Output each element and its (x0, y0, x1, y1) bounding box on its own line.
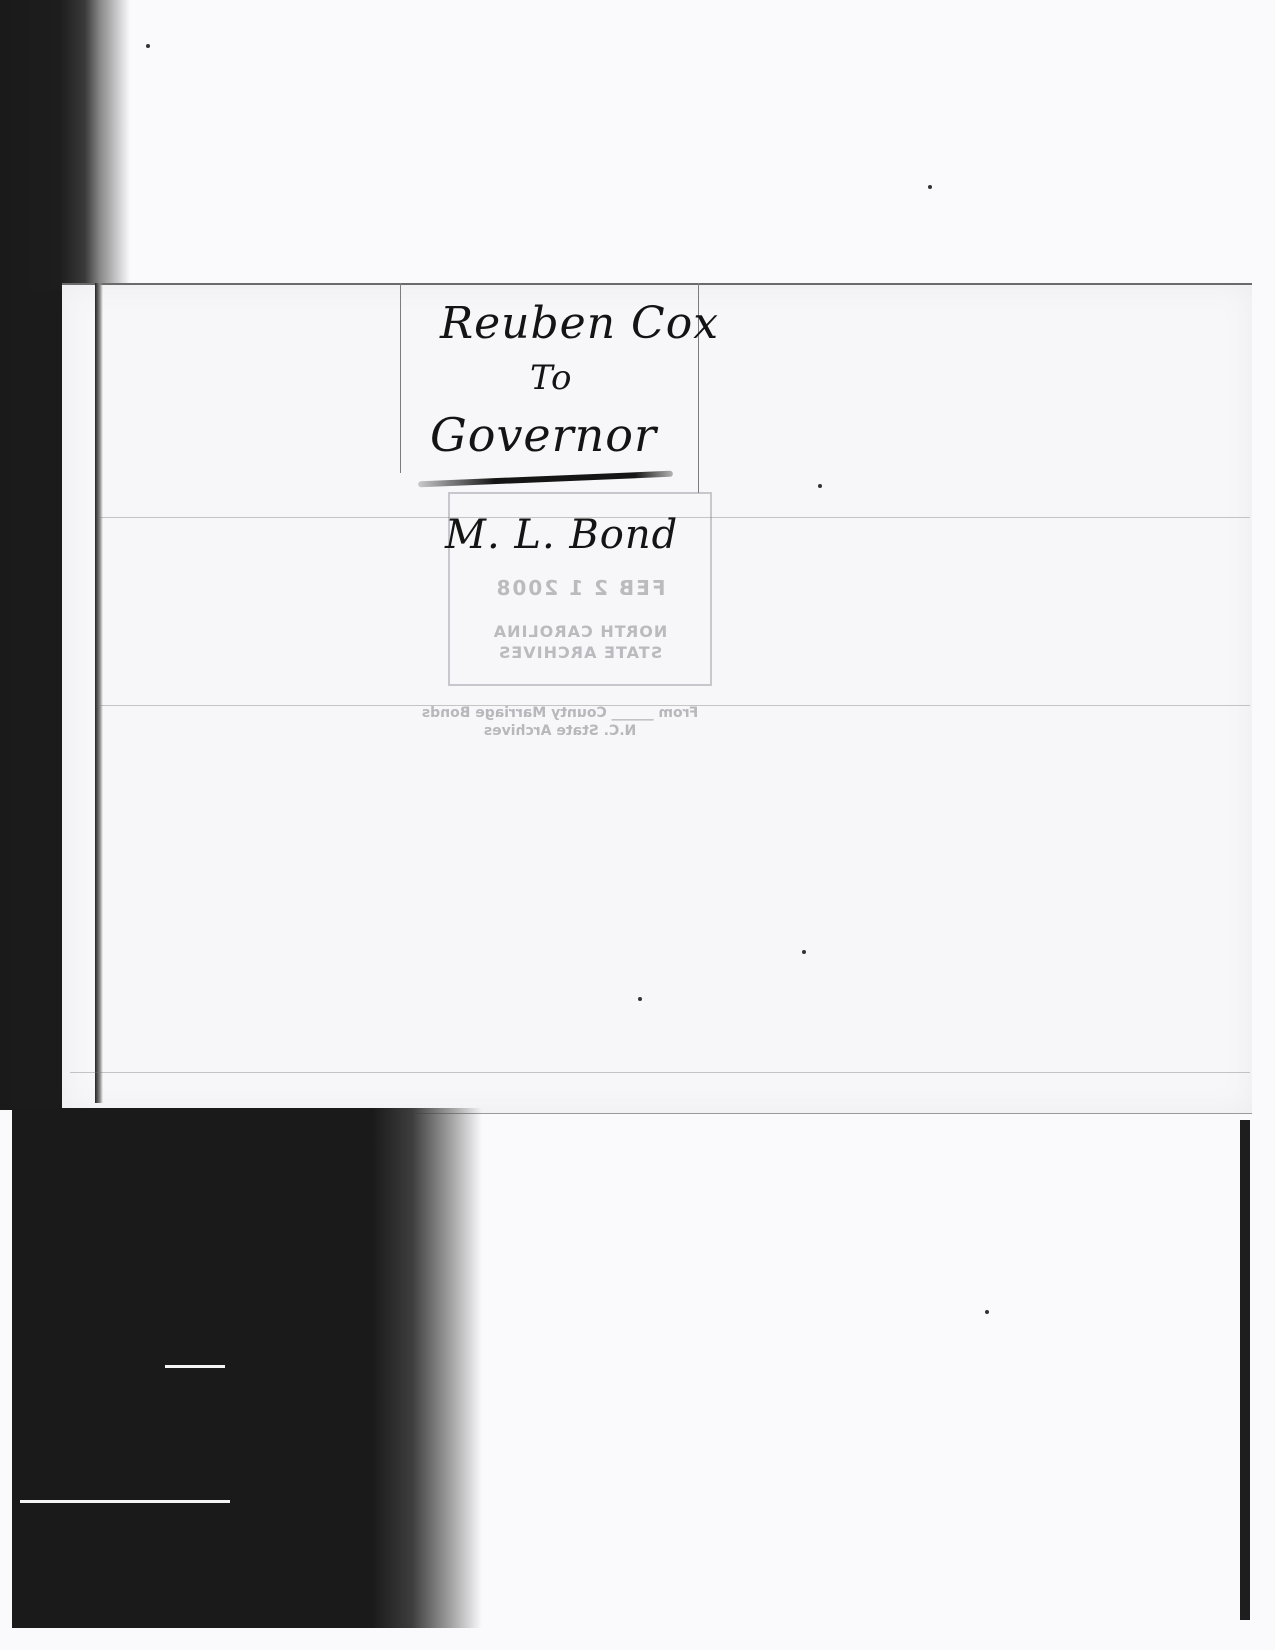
scan-shadow-right-edge (1240, 1120, 1250, 1620)
stamp-date: FEB 2 1 2008 (450, 576, 710, 600)
scan-shadow-bottom-left (12, 1108, 482, 1628)
caption-line-2: N.C. State Archives (310, 722, 810, 740)
scanned-page: FEB 2 1 2008 NORTH CAROLINA STATE ARCHIV… (0, 0, 1275, 1650)
docket-to: To (530, 358, 573, 398)
caption-bleedthrough: From ______ County Marriage Bonds N.C. S… (310, 704, 810, 740)
scan-streak (20, 1500, 230, 1503)
docket-recipient: Governor (430, 408, 657, 462)
dust-speck (985, 1310, 989, 1314)
caption-line-1: From ______ County Marriage Bonds (310, 704, 810, 722)
scan-streak (165, 1365, 225, 1368)
dust-speck (818, 484, 822, 488)
stamp-line-2: STATE ARCHIVES (450, 643, 710, 662)
docket-name: Reuben Cox (440, 298, 719, 349)
paper-torn-edge (95, 283, 103, 1103)
column-rule-left (400, 283, 401, 473)
fold-crease-lower (70, 1072, 1250, 1073)
dust-speck (928, 185, 932, 189)
dust-speck (638, 997, 642, 1001)
signature: M. L. Bond (445, 512, 678, 558)
dust-speck (146, 44, 150, 48)
stamp-line-1: NORTH CAROLINA (450, 622, 710, 641)
docket-paper (62, 283, 1252, 1114)
dust-speck (802, 950, 806, 954)
